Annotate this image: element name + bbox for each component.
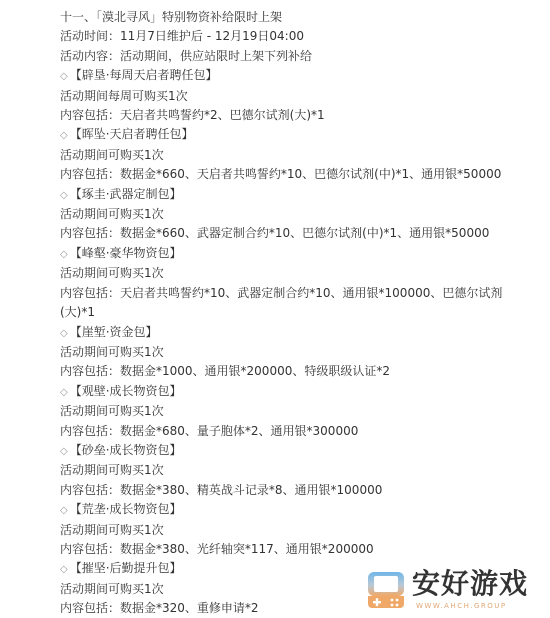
diamond-bullet-icon: ◇ xyxy=(60,446,68,457)
pack-name: 【荒垄·成长物资包】 xyxy=(70,502,182,516)
gamepad-icon xyxy=(366,570,406,610)
watermark-title: 安好游戏 xyxy=(412,568,528,600)
pack-name: 【崖堑·资金包】 xyxy=(70,325,158,339)
diamond-bullet-icon: ◇ xyxy=(60,130,68,141)
pack-limit: 活动期间可购买1次 xyxy=(60,146,530,165)
pack-limit: 活动期间每周可购买1次 xyxy=(60,87,530,106)
pack-name: 【摧坚·后勤提升包】 xyxy=(70,561,182,575)
pack-name: 【琢圭·武器定制包】 xyxy=(70,187,182,201)
pack-contents: 内容包括：数据金*660、天启者共鸣誓约*10、巴德尔试剂(中)*1、通用银*5… xyxy=(60,165,530,184)
diamond-bullet-icon: ◇ xyxy=(60,71,68,82)
pack-name: 【峰壑·豪华物资包】 xyxy=(70,246,182,260)
event-time: 活动时间：11月7日维护后 - 12月19日04:00 xyxy=(60,27,530,46)
pack-contents: 内容包括：天启者共鸣誓约*2、巴德尔试剂(大)*1 xyxy=(60,106,530,125)
pack-contents: 内容包括：天启者共鸣誓约*10、武器定制合约*10、通用银*100000、巴德尔… xyxy=(60,284,530,323)
pack-contents: 内容包括：数据金*380、光纤轴突*117、通用银*200000 xyxy=(60,540,530,559)
pack-limit: 活动期间可购买1次 xyxy=(60,264,530,283)
announcement-document: 十一、「漠北寻风」特别物资补给限时上架 活动时间：11月7日维护后 - 12月1… xyxy=(60,8,530,618)
pack-item: ◇【砂垒·成长物资包】 活动期间可购买1次 内容包括：数据金*380、精英战斗记… xyxy=(60,441,530,500)
pack-contents: 内容包括：数据金*680、量子胞体*2、通用银*300000 xyxy=(60,422,530,441)
pack-item: ◇【荒垄·成长物资包】 活动期间可购买1次 内容包括：数据金*380、光纤轴突*… xyxy=(60,500,530,559)
pack-limit: 活动期间可购买1次 xyxy=(60,343,530,362)
watermark-subtitle: WWW.AHCH.GROUP xyxy=(416,602,507,610)
pack-limit: 活动期间可购买1次 xyxy=(60,521,530,540)
pack-limit: 活动期间可购买1次 xyxy=(60,205,530,224)
pack-contents: 内容包括：数据金*1000、通用银*200000、特级职级认证*2 xyxy=(60,362,530,381)
pack-item: ◇【晖坠·天启者聘任包】 活动期间可购买1次 内容包括：数据金*660、天启者共… xyxy=(60,125,530,184)
event-content: 活动内容：活动期间，供应站限时上架下列补给 xyxy=(60,47,530,66)
pack-contents: 内容包括：数据金*660、武器定制合约*10、巴德尔试剂(中)*1、通用银*50… xyxy=(60,224,530,243)
pack-name: 【砂垒·成长物资包】 xyxy=(70,443,182,457)
pack-item: ◇【峰壑·豪华物资包】 活动期间可购买1次 内容包括：天启者共鸣誓约*10、武器… xyxy=(60,244,530,323)
pack-limit: 活动期间可购买1次 xyxy=(60,402,530,421)
diamond-bullet-icon: ◇ xyxy=(60,387,68,398)
diamond-bullet-icon: ◇ xyxy=(60,190,68,201)
pack-contents: 内容包括：数据金*380、精英战斗记录*8、通用银*100000 xyxy=(60,481,530,500)
pack-name: 【辟垦·每周天启者聘任包】 xyxy=(70,68,218,82)
pack-limit: 活动期间可购买1次 xyxy=(60,461,530,480)
site-watermark: 安好游戏 WWW.AHCH.GROUP xyxy=(366,566,546,614)
pack-item: ◇【辟垦·每周天启者聘任包】 活动期间每周可购买1次 内容包括：天启者共鸣誓约*… xyxy=(60,66,530,125)
pack-item: ◇【琢圭·武器定制包】 活动期间可购买1次 内容包括：数据金*660、武器定制合… xyxy=(60,185,530,244)
diamond-bullet-icon: ◇ xyxy=(60,564,68,575)
diamond-bullet-icon: ◇ xyxy=(60,328,68,339)
pack-item: ◇【观壁·成长物资包】 活动期间可购买1次 内容包括：数据金*680、量子胞体*… xyxy=(60,382,530,441)
pack-name: 【晖坠·天启者聘任包】 xyxy=(70,127,194,141)
pack-item: ◇【崖堑·资金包】 活动期间可购买1次 内容包括：数据金*1000、通用银*20… xyxy=(60,323,530,382)
diamond-bullet-icon: ◇ xyxy=(60,505,68,516)
pack-name: 【观壁·成长物资包】 xyxy=(70,384,182,398)
section-title: 十一、「漠北寻风」特别物资补给限时上架 xyxy=(60,8,530,27)
diamond-bullet-icon: ◇ xyxy=(60,249,68,260)
